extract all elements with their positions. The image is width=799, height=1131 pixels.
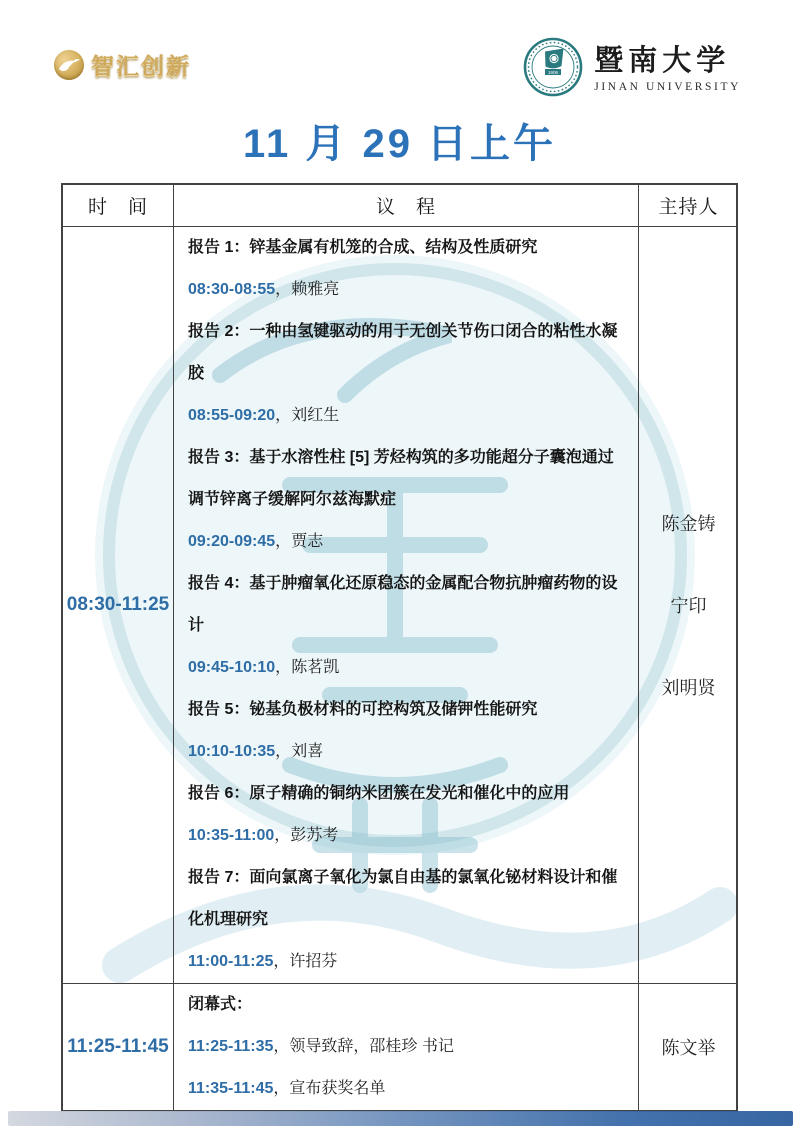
comma-separator: ， (275, 743, 291, 760)
closing-item-text: 领导致辞，邵桂珍 书记 (289, 1038, 453, 1055)
comma-separator: ， (273, 1038, 289, 1055)
report-time-line: 08:55-09:20，刘红生 (188, 395, 624, 437)
host-name: 陈金铸 (662, 510, 716, 536)
comma-separator: ， (275, 281, 291, 298)
report-time: 08:55-09:20 (188, 407, 275, 424)
report-time-line: 10:10-10:35，刘喜 (188, 731, 624, 773)
report-speaker: 赖雅亮 (291, 281, 339, 298)
report-title: 报告 3：基于水溶性柱 [5] 芳烃构筑的多功能超分子囊泡通过调节锌离子缓解阿尔… (188, 437, 624, 521)
closing-time: 11:25-11:45 (63, 984, 174, 1110)
brand-name: 智汇创新 (91, 48, 191, 81)
university-seal-icon: 1906 (522, 36, 584, 103)
host-name: 陈文举 (662, 1034, 716, 1060)
closing-agenda: 闭幕式： 11:25-11:35，领导致辞，邵桂珍 书记 11:35-11:45… (174, 984, 639, 1110)
report-title: 报告 4：基于肿瘤氧化还原稳态的金属配合物抗肿瘤药物的设计 (188, 563, 624, 647)
svg-text:1906: 1906 (548, 70, 559, 75)
report-speaker: 陈茗凯 (291, 659, 339, 676)
session-time: 08:30-11:25 (63, 227, 174, 984)
session-hosts: 陈金铸 宁印 刘明贤 (639, 227, 738, 984)
report-time: 09:45-10:10 (188, 659, 275, 676)
comma-separator: ， (275, 407, 291, 424)
column-header-time: 时 间 (63, 185, 174, 227)
report-title: 报告 1：锌基金属有机笼的合成、结构及性质研究 (188, 227, 624, 269)
closing-item-time: 11:25-11:35 (188, 1038, 273, 1055)
closing-item-time: 11:35-11:45 (188, 1080, 273, 1097)
report-time-line: 09:45-10:10，陈茗凯 (188, 647, 624, 689)
closing-item-line: 11:25-11:35，领导致辞，邵桂珍 书记 (188, 1026, 624, 1068)
comma-separator: ， (275, 659, 291, 676)
comma-separator: ， (273, 953, 289, 970)
report-title: 报告 6：原子精确的铜纳米团簇在发光和催化中的应用 (188, 773, 624, 815)
university-name-en: JINAN UNIVERSITY (594, 81, 741, 93)
closing-item-text: 宣布获奖名单 (289, 1080, 385, 1097)
closing-hosts: 陈文举 (639, 984, 738, 1110)
report-time: 09:20-09:45 (188, 533, 275, 550)
report-time-line: 08:30-08:55，赖雅亮 (188, 269, 624, 311)
report-time: 11:00-11:25 (188, 953, 273, 970)
footer-gradient-bar (8, 1111, 793, 1126)
comma-separator: ， (274, 827, 290, 844)
session-agenda: 报告 1：锌基金属有机笼的合成、结构及性质研究 08:30-08:55，赖雅亮 … (174, 227, 639, 984)
comma-separator: ， (275, 533, 291, 550)
report-time: 10:35-11:00 (188, 827, 274, 844)
host-name: 宁印 (671, 592, 707, 618)
university-logo: 1906 暨南大学 JINAN UNIVERSITY (522, 36, 741, 103)
report-time-line: 09:20-09:45，贾志 (188, 521, 624, 563)
report-speaker: 许招芬 (289, 953, 337, 970)
brand-bird-icon (54, 50, 84, 80)
document-page: 智汇创新 1906 暨南大学 JINAN UNIVERSITY 11 月 29 … (0, 0, 799, 1131)
university-names: 暨南大学 JINAN UNIVERSITY (594, 46, 741, 93)
column-header-host: 主持人 (639, 185, 738, 227)
comma-separator: ， (273, 1080, 289, 1097)
page-title: 11 月 29 日上午 (0, 112, 799, 169)
closing-item-line: 11:35-11:45，宣布获奖名单 (188, 1068, 624, 1110)
report-time-line: 11:00-11:25，许招芬 (188, 941, 624, 983)
university-name-cn: 暨南大学 (594, 46, 730, 78)
schedule-table: 时 间 议 程 主持人 08:30-11:25 报告 1：锌基金属有机笼的合成、… (61, 183, 738, 1112)
report-speaker: 刘红生 (291, 407, 339, 424)
report-title: 报告 7：面向氯离子氧化为氯自由基的氯氧化铋材料设计和催化机理研究 (188, 857, 624, 941)
brand-logo: 智汇创新 (54, 48, 191, 81)
report-time-line: 10:35-11:00，彭苏考 (188, 815, 624, 857)
report-title: 报告 5：铋基负极材料的可控构筑及储钾性能研究 (188, 689, 624, 731)
host-name: 刘明贤 (662, 674, 716, 700)
report-speaker: 贾志 (291, 533, 323, 550)
report-time: 10:10-10:35 (188, 743, 275, 760)
report-speaker: 刘喜 (291, 743, 323, 760)
report-time: 08:30-08:55 (188, 281, 275, 298)
closing-section-title: 闭幕式： (188, 984, 624, 1026)
report-speaker: 彭苏考 (290, 827, 338, 844)
report-title: 报告 2：一种由氢键驱动的用于无创关节伤口闭合的粘性水凝胶 (188, 311, 624, 395)
column-header-agenda: 议 程 (174, 185, 639, 227)
